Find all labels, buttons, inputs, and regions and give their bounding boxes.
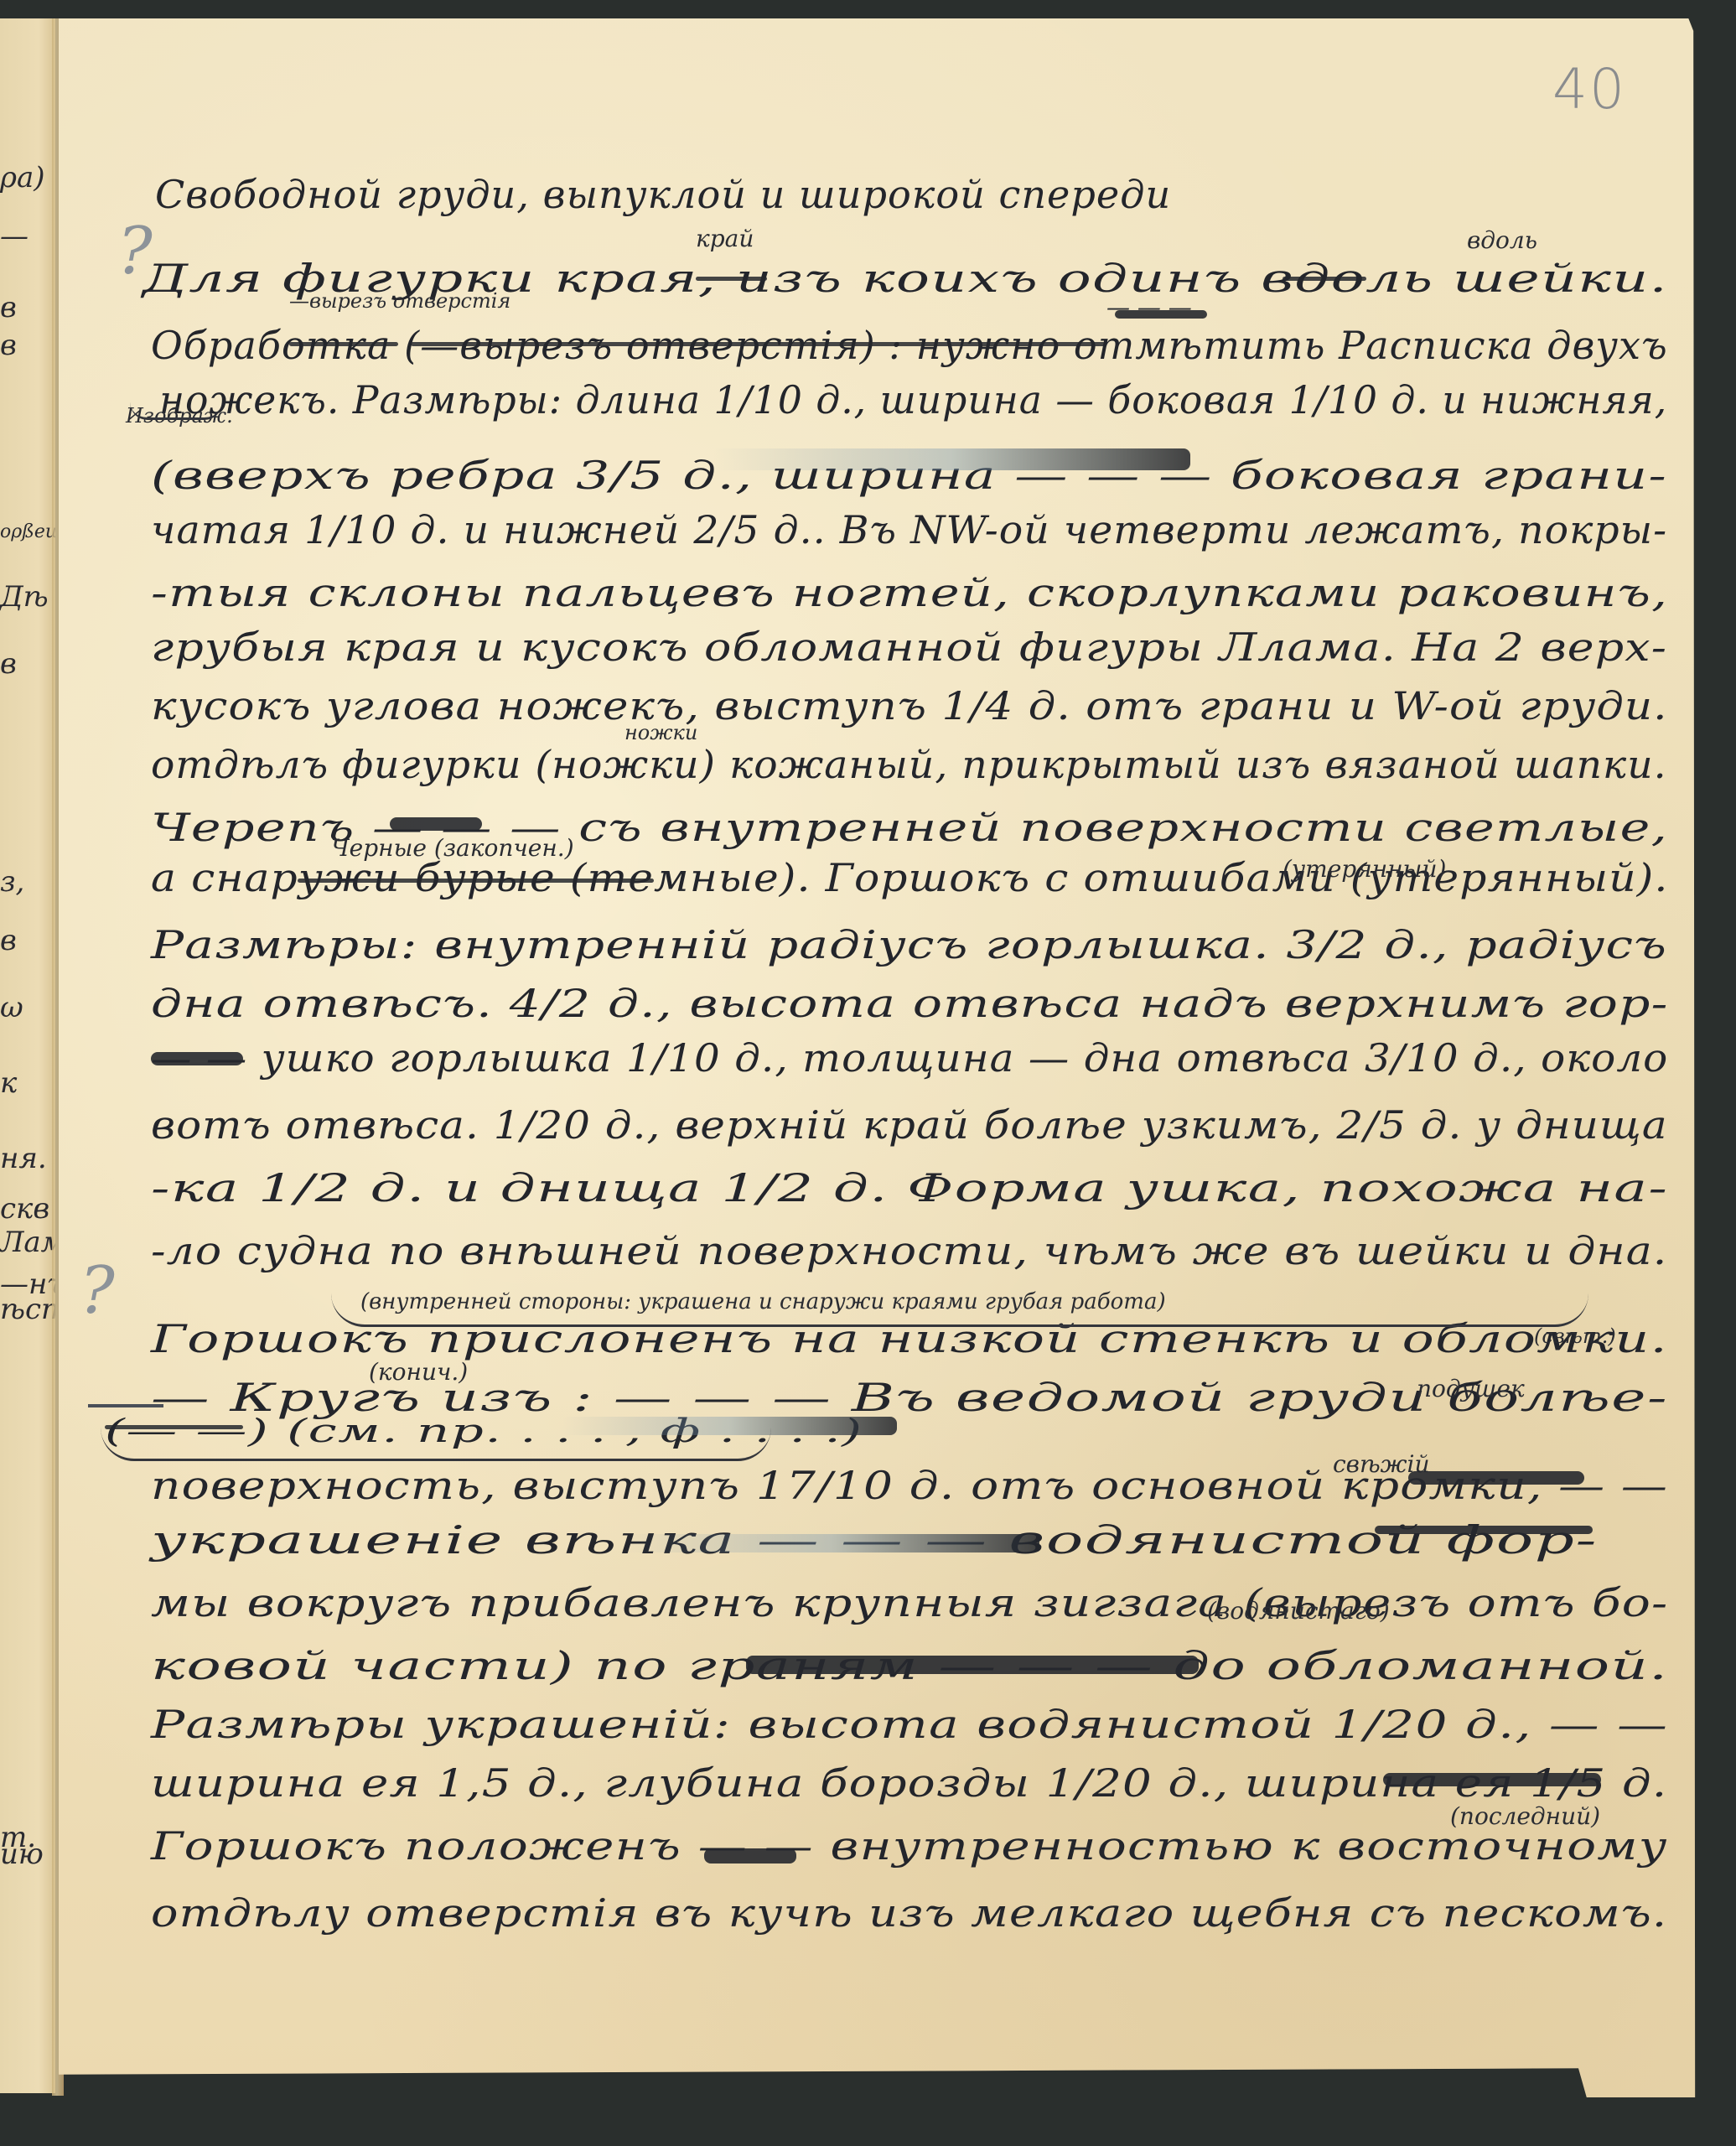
- bracket-underline: [101, 1425, 771, 1461]
- strikethrough-mark: [1115, 310, 1207, 319]
- manuscript-line: Размѣры: внутренній радіусъ горлышка. 3/…: [151, 922, 1667, 967]
- manuscript-line: отдѣлъ фигурки (ножки) кожаный, прикрыты…: [151, 742, 1667, 787]
- manuscript-line: чатая 1/10 д. и нижней 2/5 д.. Въ NW-ой …: [151, 507, 1667, 552]
- strikethrough-mark: [1408, 1471, 1584, 1485]
- strikethrough-mark: [696, 277, 767, 281]
- manuscript-line: кусокъ углова ножекъ, выступъ 1/4 д. отъ…: [151, 683, 1668, 728]
- facing-page-fragment: —: [0, 220, 29, 253]
- interlinear-insertion: подушек: [1417, 1375, 1525, 1402]
- facing-page-fragment: к: [0, 1066, 17, 1100]
- strikethrough-mark: [1283, 277, 1366, 281]
- interlinear-insertion: (конич.): [369, 1358, 468, 1386]
- manuscript-line: — — ушко горлышка 1/10 д., толщина — дна…: [151, 1035, 1668, 1081]
- facing-page-fragment: Лам: [0, 1226, 55, 1259]
- strikethrough-mark: [390, 817, 482, 831]
- facing-page-fragment: в: [0, 647, 17, 681]
- margin-question-mark: ?: [80, 1253, 115, 1329]
- strikethrough-mark: [151, 1052, 243, 1065]
- facing-page-fragment: ию: [0, 1838, 44, 1871]
- manuscript-line: Размѣры украшеній: высота водянистой 1/2…: [151, 1702, 1668, 1747]
- interlinear-insertion: (утерянный): [1283, 855, 1446, 883]
- manuscript-line: -ло судна по внѣшней поверхности, чѣмъ ж…: [151, 1228, 1667, 1273]
- manuscript-line: поверхность, выступъ 17/10 д. отъ основн…: [151, 1463, 1668, 1508]
- manuscript-line: грубыя края и кусокъ обломанной фигуры Л…: [151, 625, 1667, 670]
- manuscript-line: -ка 1/2 д. и днища 1/2 д. Форма ушка, по…: [151, 1165, 1668, 1210]
- facing-page-fragment: в: [0, 924, 17, 957]
- ink-blot-strikethrough: [713, 448, 1190, 470]
- facing-page-fragment: ορßеш: [0, 521, 55, 542]
- facing-page-fragment: ня.: [0, 1142, 47, 1175]
- facing-page-edge: ρа) — в в ορßеш Дѣ в з, в ω к ня. скв Ла…: [0, 18, 55, 2093]
- strikethrough-mark: [411, 342, 1106, 346]
- manuscript-line: Свободной груди, выпуклой и широкой спер…: [155, 172, 1668, 217]
- manuscript-line: мы вокругъ прибавленъ крупныя зигзага (в…: [151, 1580, 1668, 1625]
- ink-blot-strikethrough: [624, 1534, 1039, 1552]
- facing-page-fragment: ω: [0, 991, 23, 1024]
- facing-page-fragment: скв: [0, 1192, 49, 1226]
- manuscript-line: ножекъ. Размѣры: длина 1/10 д., ширина —…: [159, 377, 1667, 422]
- strikethrough-mark: [1375, 1526, 1593, 1534]
- interlinear-insertion: —вырезъ отверстія: [289, 289, 510, 313]
- strikethrough-mark: [746, 1656, 1199, 1674]
- manuscript-line: Горшокъ положенъ — — внутренностью к вос…: [151, 1823, 1668, 1869]
- interlinear-insertion: (последний): [1450, 1802, 1600, 1830]
- interlinear-insertion: край: [696, 225, 754, 252]
- facing-page-fragment: в: [0, 329, 17, 362]
- strikethrough-mark: [704, 1848, 796, 1863]
- facing-page-fragment: ρа): [0, 161, 45, 194]
- strikethrough-mark: [298, 879, 654, 883]
- facing-page-fragment: з,: [0, 865, 24, 899]
- manuscript-line: дна отвѣсъ. 4/2 д., высота отвѣса надъ в…: [151, 981, 1669, 1026]
- manuscript-line: -тыя склоны пальцевъ ногтей, скорлупками…: [151, 570, 1668, 615]
- facing-page-fragment: в: [0, 291, 17, 324]
- page-number: 40: [1552, 57, 1626, 122]
- bracket-underline: [331, 1291, 1588, 1327]
- facing-page-fragment: ѣст: [0, 1293, 55, 1326]
- interlinear-insertion: (свѣт.): [1534, 1324, 1616, 1348]
- interlinear-insertion: вдоль: [1467, 226, 1537, 254]
- strikethrough-mark: [289, 342, 398, 346]
- manuscript-line: отдѣлу отверстія въ кучѣ изъ мелкаго щеб…: [151, 1890, 1667, 1936]
- bracket-underline: [130, 402, 222, 420]
- interlinear-insertion: Черные (закопчен.): [331, 834, 574, 862]
- strikethrough-mark: [1383, 1773, 1601, 1786]
- interlinear-insertion: (водянистаго): [1207, 1597, 1390, 1625]
- interlinear-insertion: ножки: [624, 721, 697, 744]
- facing-page-fragment: Дѣ: [0, 580, 49, 614]
- manuscript-line: вотъ отвѣса. 1/20 д., верхній край болѣе…: [151, 1102, 1668, 1148]
